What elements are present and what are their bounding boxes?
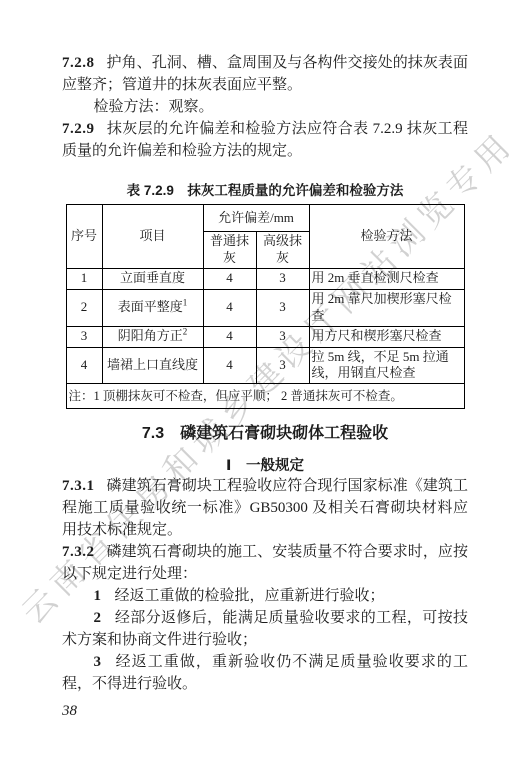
clause-7.2.9: 7.2.9抹灰层的允许偏差和检验方法应符合表 7.2.9 抹灰工程质量的允许偏差… bbox=[62, 118, 468, 162]
cell-method: 用 2m 靠尺加楔形塞尺检查 bbox=[309, 289, 464, 326]
table-row: 2 表面平整度1 4 3 用 2m 靠尺加楔形塞尺检查 bbox=[66, 289, 464, 326]
clause-text: 磷建筑石膏砌块的施工、安装质量不符合要求时，应按以下规定进行处理： bbox=[62, 544, 468, 582]
header-method: 检验方法 bbox=[309, 205, 464, 269]
cell-ordinary: 4 bbox=[203, 326, 256, 347]
cell-method: 用 2m 垂直检测尺检查 bbox=[309, 268, 464, 289]
general-provisions-subheading: Ⅰ 一般规定 bbox=[62, 457, 468, 475]
page-number: 38 bbox=[62, 703, 77, 720]
section-7.3-heading: 7.3 磷建筑石膏砌块砌体工程验收 bbox=[62, 424, 468, 444]
clause-7.2.8: 7.2.8护角、孔洞、槽、盒周围及与各构件交接处的抹灰表面应整齐；管道井的抹灰表… bbox=[62, 52, 468, 96]
header-seq: 序号 bbox=[66, 205, 102, 269]
item-number: 3 bbox=[94, 654, 102, 670]
footnote-marker: 1 bbox=[183, 298, 188, 308]
cell-advanced: 3 bbox=[256, 347, 309, 384]
clause-7.3.2: 7.3.2磷建筑石膏砌块的施工、安装质量不符合要求时，应按以下规定进行处理： bbox=[62, 541, 468, 585]
cell-seq: 3 bbox=[66, 326, 102, 347]
cell-item: 表面平整度1 bbox=[102, 289, 203, 326]
cell-seq: 4 bbox=[66, 347, 102, 384]
page-content: 7.2.8护角、孔洞、槽、盒周围及与各构件交接处的抹灰表面应整齐；管道井的抹灰表… bbox=[62, 52, 468, 695]
cell-seq: 2 bbox=[66, 289, 102, 326]
table-title: 表 7.2.9 抹灰工程质量的允许偏差和检验方法 bbox=[62, 182, 468, 200]
item-text: 经部分返修后，能满足质量验收要求的工程，可按技术方案和协商文件进行验收； bbox=[62, 610, 468, 648]
table-row: 4 墙裙上口直线度 4 3 拉 5m 线，不足 5m 拉通线，用钢直尺检查 bbox=[66, 347, 464, 384]
clause-number: 7.2.8 bbox=[62, 55, 95, 71]
cell-method: 用方尺和楔形塞尺检查 bbox=[309, 326, 464, 347]
item-text: 经返工重做的检验批，应重新进行验收； bbox=[115, 588, 385, 604]
deviation-table: 序号 项目 允许偏差/mm 检验方法 普通抹灰 高级抹灰 1 立面垂直度 4 3… bbox=[66, 204, 465, 409]
table-note-row: 注：1 顶棚抹灰可不检查，但应平顺； 2 普通抹灰可不检查。 bbox=[66, 384, 464, 409]
clause-text: 抹灰层的允许偏差和检验方法应符合表 7.2.9 抹灰工程质量的允许偏差和检验方法… bbox=[62, 121, 468, 159]
clause-number: 7.2.9 bbox=[62, 121, 95, 137]
cell-advanced: 3 bbox=[256, 289, 309, 326]
table-row: 1 立面垂直度 4 3 用 2m 垂直检测尺检查 bbox=[66, 268, 464, 289]
cell-advanced: 3 bbox=[256, 326, 309, 347]
cell-item: 立面垂直度 bbox=[102, 268, 203, 289]
cell-ordinary: 4 bbox=[203, 347, 256, 384]
item-number: 2 bbox=[94, 610, 102, 626]
clause-text: 护角、孔洞、槽、盒周围及与各构件交接处的抹灰表面应整齐；管道井的抹灰表面应平整。 bbox=[62, 55, 468, 93]
cell-ordinary: 4 bbox=[203, 268, 256, 289]
cell-item: 墙裙上口直线度 bbox=[102, 347, 203, 384]
header-advanced: 高级抹灰 bbox=[256, 232, 309, 269]
table-row: 3 阴阳角方正2 4 3 用方尺和楔形塞尺检查 bbox=[66, 326, 464, 347]
list-item-3: 3经返工重做，重新验收仍不满足质量验收要求的工程，不得进行验收。 bbox=[62, 651, 468, 695]
item-text: 经返工重做，重新验收仍不满足质量验收要求的工程，不得进行验收。 bbox=[62, 654, 468, 692]
item-number: 1 bbox=[94, 588, 102, 604]
document-page: 云南省住房和城乡建设厅网站浏览专用 7.2.8护角、孔洞、槽、盒周围及与各构件交… bbox=[0, 0, 528, 767]
list-item-2: 2经部分返修后，能满足质量验收要求的工程，可按技术方案和协商文件进行验收； bbox=[62, 607, 468, 651]
cell-seq: 1 bbox=[66, 268, 102, 289]
footnote-marker: 2 bbox=[183, 327, 188, 337]
cell-ordinary: 4 bbox=[203, 289, 256, 326]
table-header-row-1: 序号 项目 允许偏差/mm 检验方法 bbox=[66, 205, 464, 232]
cell-item: 阴阳角方正2 bbox=[102, 326, 203, 347]
header-ordinary: 普通抹灰 bbox=[203, 232, 256, 269]
clause-7.3.1: 7.3.1磷建筑石膏砌块工程验收应符合现行国家标准《建筑工程施工质量验收统一标准… bbox=[62, 475, 468, 541]
method-text: 检验方法：观察。 bbox=[94, 99, 214, 115]
clause-text: 磷建筑石膏砌块工程验收应符合现行国家标准《建筑工程施工质量验收统一标准》GB50… bbox=[62, 478, 468, 538]
clause-number: 7.3.1 bbox=[62, 478, 95, 494]
clause-number: 7.3.2 bbox=[62, 544, 95, 560]
cell-advanced: 3 bbox=[256, 268, 309, 289]
cell-method: 拉 5m 线，不足 5m 拉通线，用钢直尺检查 bbox=[309, 347, 464, 384]
table-note: 注：1 顶棚抹灰可不检查，但应平顺； 2 普通抹灰可不检查。 bbox=[66, 384, 464, 409]
clause-7.2.8-method: 检验方法：观察。 bbox=[62, 96, 468, 118]
list-item-1: 1经返工重做的检验批，应重新进行验收； bbox=[62, 585, 468, 607]
header-item: 项目 bbox=[102, 205, 203, 269]
header-deviation: 允许偏差/mm bbox=[203, 205, 309, 232]
